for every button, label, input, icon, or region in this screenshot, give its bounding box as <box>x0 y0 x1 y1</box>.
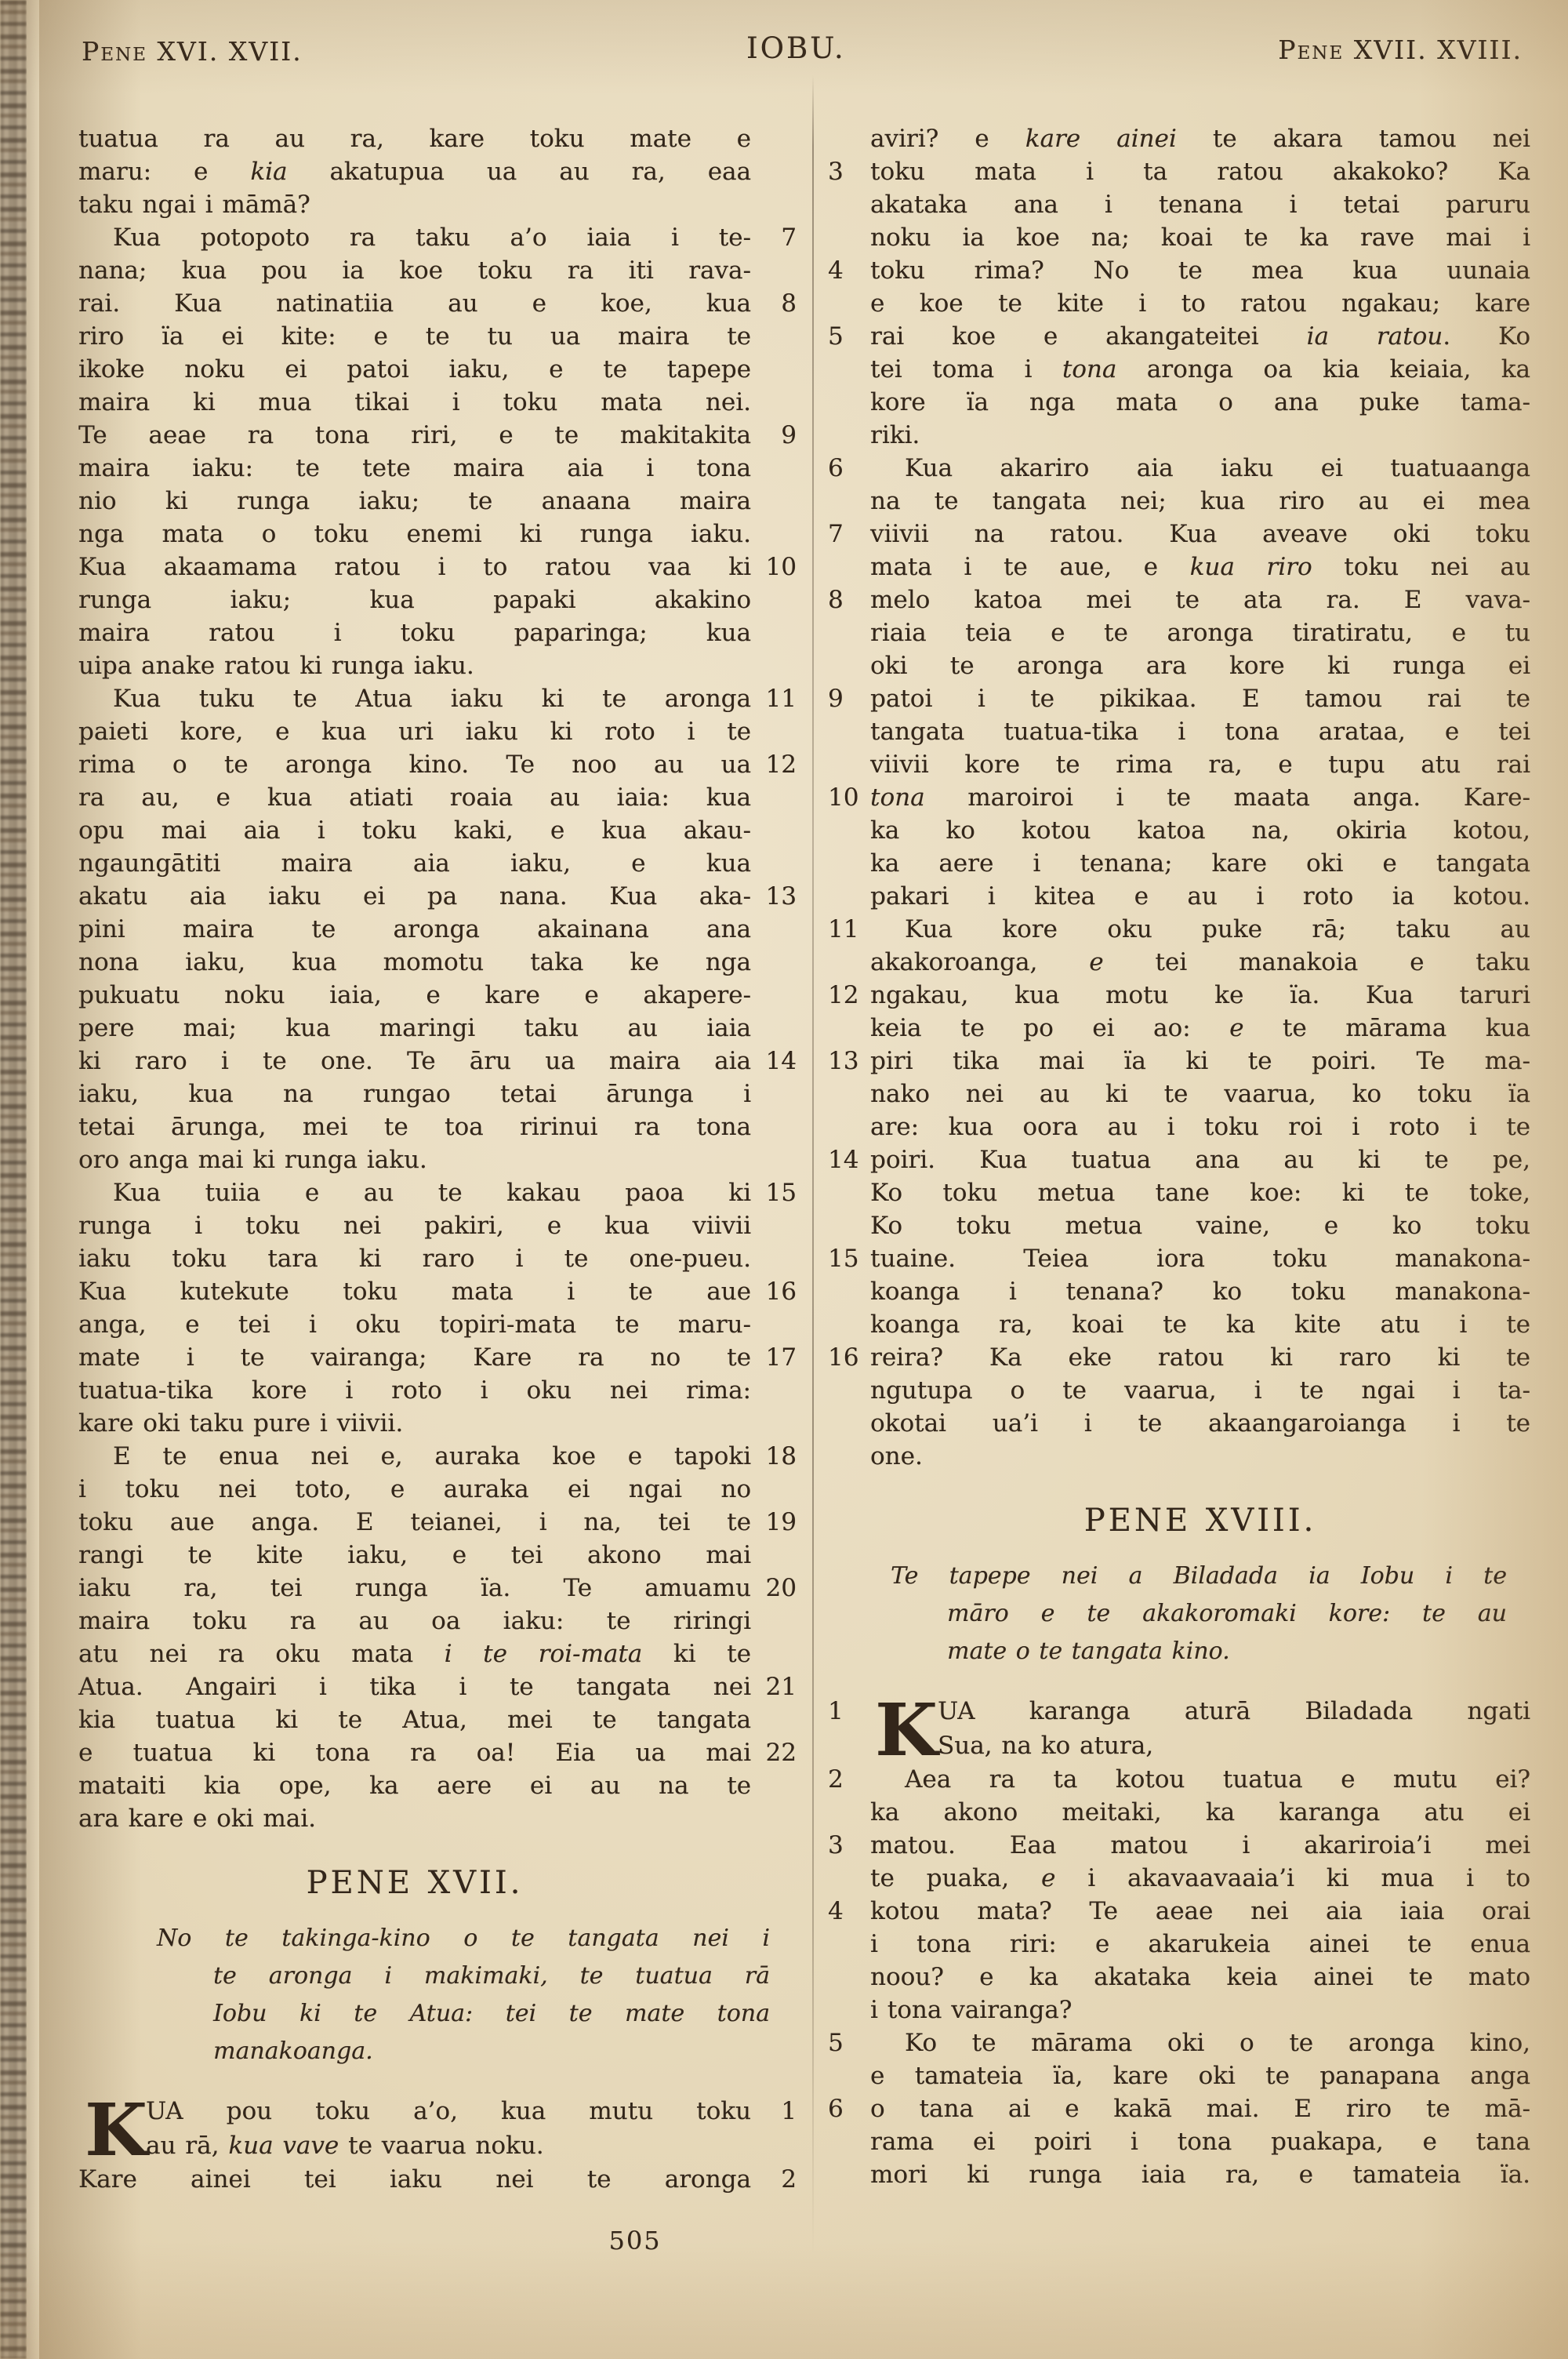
verse-number <box>825 1012 870 1045</box>
verse-text: toku aue anga. E teianei, i na, tei te <box>78 1506 751 1539</box>
text-line: 12ngakau, kua motu ke ïa. Kua taruri <box>825 979 1530 1012</box>
verse-text: Ko te mārama oki o te aronga kino, <box>870 2026 1530 2059</box>
text-line: maira toku ra au oa iaku: te riringi <box>78 1605 797 1637</box>
verse-text: na te tangata nei; kua riro au ei mea <box>870 485 1530 518</box>
verse-text: nona iaku, kua momotu taka ke nga <box>78 946 751 979</box>
verse-text: Kua potopoto ra taku a’o iaia i te- <box>78 221 751 254</box>
verse-text: Ko toku metua vaine, e ko toku <box>870 1209 1530 1242</box>
text-line: 3matou. Eaa matou i akariroia’i mei <box>825 1829 1530 1862</box>
text-line: tetai ārunga, mei te toa ririnui ra tona <box>78 1110 797 1143</box>
verse-text: oro anga mai ki runga iaku. <box>78 1143 751 1176</box>
text-line: mata i te aue, e kua riro toku nei au <box>825 551 1530 583</box>
book-spine <box>0 0 27 2359</box>
verse-text: o tana ai e kakā mai. E riro te mā- <box>870 2092 1530 2125</box>
verse-number: 2 <box>751 2163 797 2196</box>
verse-text: tei toma i tona aronga oa kia keiaia, ka <box>870 353 1530 386</box>
verse-number <box>751 1802 797 1835</box>
verse-number: 8 <box>825 583 870 616</box>
verse-text: mori ki runga iaia ra, e tamateia ïa. <box>870 2158 1530 2191</box>
verse-number: 14 <box>751 1045 797 1078</box>
verse-number <box>751 1407 797 1440</box>
verse-number: 10 <box>825 781 870 814</box>
verse-number <box>825 1407 870 1440</box>
text-line: e koe te kite i to ratou ngakau; kare <box>825 287 1530 320</box>
verse-number <box>825 419 870 452</box>
text-line: nio ki runga iaku; te anaana maira <box>78 485 797 518</box>
verse-number <box>751 1605 797 1637</box>
text-line: au rā, kua vave te vaarua noku. <box>78 2128 797 2163</box>
summary-line: te aronga i makimaki, te tuatua rā <box>157 1957 770 1995</box>
text-line: aviri? e kare ainei te akara tamou nei <box>825 122 1530 155</box>
text-line: i tona riri: e akarukeia ainei te enua <box>825 1928 1530 1961</box>
verse-number <box>751 616 797 649</box>
text-line: 5rai koe e akangateitei ia ratou. Ko <box>825 320 1530 353</box>
verse-text: ngutupa o te vaarua, i te ngai i ta- <box>870 1374 1530 1407</box>
text-line: 21Atua. Angairi i tika i te tangata nei <box>78 1670 797 1703</box>
verse-number: 3 <box>825 1829 870 1862</box>
verse-number <box>825 880 870 913</box>
verse-text: Kare ainei tei iaku nei te aronga <box>78 2163 751 2196</box>
text-line: rangi te kite iaku, e tei akono mai <box>78 1539 797 1572</box>
page-edge <box>27 0 39 2359</box>
verse-number: 11 <box>751 682 797 715</box>
text-line: e tamateia ïa, kare oki te panapana anga <box>825 2059 1530 2092</box>
verse-text: tuatua-tika kore i roto i oku nei rima: <box>78 1374 751 1407</box>
text-line: 19toku aue anga. E teianei, i na, tei te <box>78 1506 797 1539</box>
text-line: noou? e ka akataka keia ainei te mato <box>825 1961 1530 1994</box>
verse-text: taku ngai i māmā? <box>78 188 751 221</box>
verse-text: i tona vairanga? <box>870 1994 1530 2026</box>
text-line: 7viivii na ratou. Kua aveave oki toku <box>825 518 1530 551</box>
verse-text: tetai ārunga, mei te toa ririnui ra tona <box>78 1110 751 1143</box>
verse-number <box>825 649 870 682</box>
text-line: runga i toku nei pakiri, e kua viivii <box>78 1209 797 1242</box>
verse-number: 20 <box>751 1572 797 1605</box>
verse-text: piri tika mai ïa ki te poiri. Te ma- <box>870 1045 1530 1078</box>
verse-number: 7 <box>825 518 870 551</box>
verse-number <box>825 814 870 847</box>
text-line: runga iaku; kua papaki akakino <box>78 583 797 616</box>
verse-number: 12 <box>825 979 870 1012</box>
verse-number <box>751 254 797 287</box>
verse-text: e tuatua ki tona ra oa! Eia ua mai <box>78 1736 751 1769</box>
text-line: one. <box>825 1440 1530 1473</box>
verse-text: aviri? e kare ainei te akara tamou nei <box>870 122 1530 155</box>
verse-text: nio ki runga iaku; te anaana maira <box>78 485 751 518</box>
verse-number <box>751 913 797 946</box>
verse-number <box>825 551 870 583</box>
verse-text: iaku ra, tei runga ïa. Te amuamu <box>78 1572 751 1605</box>
verse-number <box>825 386 870 419</box>
verse-number <box>751 1637 797 1670</box>
verse-text: mata i te aue, e kua riro toku nei au <box>870 551 1530 583</box>
verse-number <box>825 353 870 386</box>
verse-number <box>751 485 797 518</box>
verse-text: noou? e ka akataka keia ainei te mato <box>870 1961 1530 1994</box>
running-head-title: IOBU. <box>746 31 846 65</box>
verse-text: au rā, kua vave te vaarua noku. <box>78 2128 751 2163</box>
verse-text: kare oki taku pure i viivii. <box>78 1407 751 1440</box>
text-line: paieti kore, e kua uri iaku ki roto i te <box>78 715 797 748</box>
verse-number <box>751 1473 797 1506</box>
verse-text: i tona riri: e akarukeia ainei te enua <box>870 1928 1530 1961</box>
scanned-book-page: { "header": { "left": "Pene XVI. XVII.",… <box>0 0 1568 2359</box>
verse-text: maira ki mua tikai i toku mata nei. <box>78 386 751 419</box>
verse-number <box>825 485 870 518</box>
verse-text: melo katoa mei te ata ra. E vava- <box>870 583 1530 616</box>
text-line: okotai ua’i i te akaangaroianga i te <box>825 1407 1530 1440</box>
text-line: uipa anake ratou ki runga iaku. <box>78 649 797 682</box>
text-line: nga mata o toku enemi ki runga iaku. <box>78 518 797 551</box>
verse-number: 15 <box>825 1242 870 1275</box>
verse-text: e koe te kite i to ratou ngakau; kare <box>870 287 1530 320</box>
text-line: 4kotou mata? Te aeae nei aia iaia orai <box>825 1895 1530 1928</box>
text-line: 13akatu aia iaku ei pa nana. Kua aka- <box>78 880 797 913</box>
verse-text: keia te po ei ao: e te mārama kua <box>870 1012 1530 1045</box>
text-line: mori ki runga iaia ra, e tamateia ïa. <box>825 2158 1530 2191</box>
drop-cap: K <box>85 2097 147 2163</box>
verse-text: patoi i te pikikaa. E tamou rai te <box>870 682 1530 715</box>
text-line: 6o tana ai e kakā mai. E riro te mā- <box>825 2092 1530 2125</box>
text-line: are: kua oora au i toku roi i roto i te <box>825 1110 1530 1143</box>
verse-number <box>825 1176 870 1209</box>
verse-number <box>825 946 870 979</box>
verse-text: pakari i kitea e au i roto ia kotou. <box>870 880 1530 913</box>
drop-cap: K <box>875 1697 938 1763</box>
verse-number <box>751 1143 797 1176</box>
verse-text: Atua. Angairi i tika i te tangata nei <box>78 1670 751 1703</box>
verse-text: tuatua ra au ra, kare toku mate e <box>78 122 751 155</box>
text-line: ngaungātiti maira aia iaku, e kua <box>78 847 797 880</box>
text-line: i tona vairanga? <box>825 1994 1530 2026</box>
verse-number: 12 <box>751 748 797 781</box>
verse-text: rai. Kua natinatiia au e koe, kua <box>78 287 751 320</box>
verse-text: riro ïa ei kite: e te tu ua maira te <box>78 320 751 353</box>
text-line: te puaka, e i akavaavaaia’i ki mua i to <box>825 1862 1530 1895</box>
verse-number <box>751 353 797 386</box>
verse-text: kore ïa nga mata o ana puke tama- <box>870 386 1530 419</box>
verse-number <box>751 1209 797 1242</box>
verse-number <box>825 188 870 221</box>
verse-text: ngaungātiti maira aia iaku, e kua <box>78 847 751 880</box>
text-line: tuatua ra au ra, kare toku mate e <box>78 122 797 155</box>
verse-text: toku rima? No te mea kua uunaia <box>870 254 1530 287</box>
verse-text: ngakau, kua motu ke ïa. Kua taruri <box>870 979 1530 1012</box>
verse-text: okotai ua’i i te akaangaroianga i te <box>870 1407 1530 1440</box>
verse-text: runga i toku nei pakiri, e kua viivii <box>78 1209 751 1242</box>
verse-text: Kua tuku te Atua iaku ki te aronga <box>78 682 751 715</box>
verse-number <box>751 1769 797 1802</box>
text-line: nana; kua pou ia koe toku ra iti rava- <box>78 254 797 287</box>
text-line: Ko toku metua tane koe: ki te toke, <box>825 1176 1530 1209</box>
text-line: riki. <box>825 419 1530 452</box>
text-line: 9patoi i te pikikaa. E tamou rai te <box>825 682 1530 715</box>
text-line: tuatua-tika kore i roto i oku nei rima: <box>78 1374 797 1407</box>
verse-text: tuaine. Teiea iora toku manakona- <box>870 1242 1530 1275</box>
text-line: 16Kua kutekute toku mata i te aue <box>78 1275 797 1308</box>
verse-number: 13 <box>751 880 797 913</box>
verse-number: 9 <box>751 419 797 452</box>
verse-number <box>825 2158 870 2191</box>
text-line: 8rai. Kua natinatiia au e koe, kua <box>78 287 797 320</box>
text-line: ka aere i tenana; kare oki e tangata <box>825 847 1530 880</box>
verse-text: nako nei au ki te vaarua, ko toku ïa <box>870 1078 1530 1110</box>
verse-number: 7 <box>751 221 797 254</box>
text-line: 17mate i te vairanga; Kare ra no te <box>78 1341 797 1374</box>
text-line: ikoke noku ei patoi iaku, e te tapepe <box>78 353 797 386</box>
column-right: aviri? e kare ainei te akara tamou nei3t… <box>825 122 1530 2191</box>
verse-text: ka akono meitaki, ka karanga atu ei <box>870 1796 1530 1829</box>
text-line: 2Kare ainei tei iaku nei te aronga <box>78 2163 797 2196</box>
text-line: koanga ra, koai te ka kite atu i te <box>825 1308 1530 1341</box>
text-line: kare oki taku pure i viivii. <box>78 1407 797 1440</box>
verse-text: Kua tuiia e au te kakau paoa ki <box>78 1176 751 1209</box>
text-line: 22e tuatua ki tona ra oa! Eia ua mai <box>78 1736 797 1769</box>
verse-text: akatu aia iaku ei pa nana. Kua aka- <box>78 880 751 913</box>
text-line: 14ki raro i te one. Te āru ua maira aia <box>78 1045 797 1078</box>
verse-number <box>751 1539 797 1572</box>
verse-text: te puaka, e i akavaavaaia’i ki mua i to <box>870 1862 1530 1895</box>
verse-number <box>751 1110 797 1143</box>
verse-text: kotou mata? Te aeae nei aia iaia orai <box>870 1895 1530 1928</box>
text-line: keia te po ei ao: e te mārama kua <box>825 1012 1530 1045</box>
verse-number <box>751 2128 797 2163</box>
text-line: rama ei poiri i tona puakapa, e tana <box>825 2125 1530 2158</box>
verse-text: ki raro i te one. Te āru ua maira aia <box>78 1045 751 1078</box>
text-line: pini maira te aronga akainana ana <box>78 913 797 946</box>
text-line: 1UA pou toku a’o, kua mutu toku <box>78 2094 797 2128</box>
verse-text: iaku toku tara ki raro i te one-pueu. <box>78 1242 751 1275</box>
verse-number: 9 <box>825 682 870 715</box>
text-line: mataiti kia ope, ka aere ei au na te <box>78 1769 797 1802</box>
verse-text: iaku, kua na rungao tetai ārunga i <box>78 1078 751 1110</box>
verse-text: riaia teia e te aronga tiratiratu, e tu <box>870 616 1530 649</box>
verse-number <box>751 1374 797 1407</box>
verse-text: oki te aronga ara kore ki runga ei <box>870 649 1530 682</box>
verse-text: ka aere i tenana; kare oki e tangata <box>870 847 1530 880</box>
verse-number <box>751 814 797 847</box>
text-line: maira iaku: te tete maira aia i tona <box>78 452 797 485</box>
verse-number: 17 <box>751 1341 797 1374</box>
verse-text: paieti kore, e kua uri iaku ki roto i te <box>78 715 751 748</box>
verse-number: 3 <box>825 155 870 188</box>
verse-text: one. <box>870 1440 1530 1473</box>
drop-cap-verse: K1UA pou toku a’o, kua mutu tokuau rā, k… <box>78 2094 797 2163</box>
text-line: 3toku mata i ta ratou akakoko? Ka <box>825 155 1530 188</box>
text-line: 8melo katoa mei te ata ra. E vava- <box>825 583 1530 616</box>
verse-number <box>751 649 797 682</box>
verse-number <box>825 1209 870 1242</box>
verse-number: 10 <box>751 551 797 583</box>
verse-number: 21 <box>751 1670 797 1703</box>
text-line: 11Kua tuku te Atua iaku ki te aronga <box>78 682 797 715</box>
verse-text: mataiti kia ope, ka aere ei au na te <box>78 1769 751 1802</box>
verse-number <box>825 287 870 320</box>
verse-text: e tamateia ïa, kare oki te panapana anga <box>870 2059 1530 2092</box>
verse-text: Kua akaamama ratou i to ratou vaa ki <box>78 551 751 583</box>
verse-text: nga mata o toku enemi ki runga iaku. <box>78 518 751 551</box>
verse-text: maira iaku: te tete maira aia i tona <box>78 452 751 485</box>
text-line: maru: e kia akatupua ua au ra, eaa <box>78 155 797 188</box>
verse-number: 4 <box>825 254 870 287</box>
summary-line: māro e te akakoromaki kore: te au <box>891 1595 1507 1633</box>
verse-number <box>825 1110 870 1143</box>
verse-text: riki. <box>870 419 1530 452</box>
verse-text: mate i te vairanga; Kare ra no te <box>78 1341 751 1374</box>
verse-number: 16 <box>825 1341 870 1374</box>
verse-number <box>825 221 870 254</box>
text-line: akataka ana i tenana i tetai paruru <box>825 188 1530 221</box>
text-line: 5Ko te mārama oki o te aronga kino, <box>825 2026 1530 2059</box>
verse-number: 6 <box>825 452 870 485</box>
verse-number: 6 <box>825 2092 870 2125</box>
verse-number <box>825 1928 870 1961</box>
verse-text: atu nei ra oku mata i te roi-mata ki te <box>78 1637 751 1670</box>
text-line: ra au, e kua atiati roaia au iaia: kua <box>78 781 797 814</box>
verse-text: viivii kore te rima ra, e tupu atu rai <box>870 748 1530 781</box>
verse-text: noku ia koe na; koai te ka rave mai i <box>870 221 1530 254</box>
verse-number <box>751 946 797 979</box>
chapter-summary: Te tapepe nei a Biladada ia Iobu i temār… <box>891 1558 1507 1670</box>
page-number: 505 <box>549 2226 721 2255</box>
verse-text: koanga ra, koai te ka kite atu i te <box>870 1308 1530 1341</box>
verse-text: maira ratou i toku paparinga; kua <box>78 616 751 649</box>
running-head-left: Pene XVI. XVII. <box>82 36 303 67</box>
verse-number: 11 <box>825 913 870 946</box>
verse-number <box>825 1078 870 1110</box>
verse-number <box>751 1078 797 1110</box>
verse-text: rangi te kite iaku, e tei akono mai <box>78 1539 751 1572</box>
text-line: koanga i tenana? ko toku manakona- <box>825 1275 1530 1308</box>
text-line: riaia teia e te aronga tiratiratu, e tu <box>825 616 1530 649</box>
verse-number: 2 <box>825 1763 870 1796</box>
text-line: ka akono meitaki, ka karanga atu ei <box>825 1796 1530 1829</box>
verse-number <box>751 386 797 419</box>
text-line: ara kare e oki mai. <box>78 1802 797 1835</box>
verse-number <box>751 155 797 188</box>
column-divider <box>812 75 814 2255</box>
verse-number <box>751 1308 797 1341</box>
verse-number: 13 <box>825 1045 870 1078</box>
verse-number <box>825 1275 870 1308</box>
verse-text: ikoke noku ei patoi iaku, e te tapepe <box>78 353 751 386</box>
verse-number <box>751 1012 797 1045</box>
verse-text: uipa anake ratou ki runga iaku. <box>78 649 751 682</box>
column-left: tuatua ra au ra, kare toku mate emaru: e… <box>78 122 797 2196</box>
verse-text: pere mai; kua maringi taku au iaia <box>78 1012 751 1045</box>
verse-text: Te aeae ra tona riri, e te makitakita <box>78 419 751 452</box>
verse-number <box>825 748 870 781</box>
text-line: 7Kua potopoto ra taku a’o iaia i te- <box>78 221 797 254</box>
verse-number <box>825 1308 870 1341</box>
text-line: taku ngai i māmā? <box>78 188 797 221</box>
running-head-right: Pene XVII. XVIII. <box>1278 35 1523 65</box>
verse-number <box>751 518 797 551</box>
verse-text: nana; kua pou ia koe toku ra iti rava- <box>78 254 751 287</box>
verse-number <box>751 715 797 748</box>
verse-number <box>751 188 797 221</box>
verse-number: 1 <box>825 1694 870 1728</box>
verse-number <box>825 1796 870 1829</box>
drop-cap-verse: K1UA karanga aturā Biladada ngatiSua, na… <box>825 1694 1530 1763</box>
verse-number <box>751 1242 797 1275</box>
verse-number <box>751 320 797 353</box>
summary-line: No te takinga-kino o te tangata nei i <box>157 1920 770 1957</box>
verse-text: ra au, e kua atiati roaia au iaia: kua <box>78 781 751 814</box>
text-line: maira ki mua tikai i toku mata nei. <box>78 386 797 419</box>
verse-text: Kua kutekute toku mata i te aue <box>78 1275 751 1308</box>
verse-text: tangata tuatua-tika i tona arataa, e tei <box>870 715 1530 748</box>
text-line: i toku nei toto, e auraka ei ngai no <box>78 1473 797 1506</box>
verse-number <box>825 616 870 649</box>
verse-text: Kua kore oku puke rā; taku au <box>870 913 1530 946</box>
verse-number: 1 <box>751 2094 797 2128</box>
verse-text: kia tuatua ki te Atua, mei te tangata <box>78 1703 751 1736</box>
chapter-heading: PENE XVIII. <box>870 1504 1530 1537</box>
verse-text: koanga i tenana? ko toku manakona- <box>870 1275 1530 1308</box>
verse-text: pini maira te aronga akainana ana <box>78 913 751 946</box>
verse-text: Kua akariro aia iaku ei tuatuaanga <box>870 452 1530 485</box>
verse-text: akataka ana i tenana i tetai paruru <box>870 188 1530 221</box>
verse-number: 5 <box>825 320 870 353</box>
text-line: 9Te aeae ra tona riri, e te makitakita <box>78 419 797 452</box>
verse-number: 16 <box>751 1275 797 1308</box>
summary-line: Iobu ki te Atua: tei te mate tona <box>157 1995 770 2033</box>
verse-number <box>825 2059 870 2092</box>
verse-text: opu mai aia i toku kaki, e kua akau- <box>78 814 751 847</box>
verse-text: anga, e tei i oku topiri-mata te maru- <box>78 1308 751 1341</box>
verse-text: rima o te aronga kino. Te noo au ua <box>78 748 751 781</box>
verse-number: 8 <box>751 287 797 320</box>
verse-number: 5 <box>825 2026 870 2059</box>
text-line: 4toku rima? No te mea kua uunaia <box>825 254 1530 287</box>
text-line: 13piri tika mai ïa ki te poiri. Te ma- <box>825 1045 1530 1078</box>
verse-number <box>825 1728 870 1763</box>
text-line: na te tangata nei; kua riro au ei mea <box>825 485 1530 518</box>
verse-number: 19 <box>751 1506 797 1539</box>
verse-number <box>825 715 870 748</box>
text-line: ka ko kotou katoa na, okiria kotou, <box>825 814 1530 847</box>
verse-number: 18 <box>751 1440 797 1473</box>
text-line: 12rima o te aronga kino. Te noo au ua <box>78 748 797 781</box>
verse-text: matou. Eaa matou i akariroia’i mei <box>870 1829 1530 1862</box>
text-line: 18E te enua nei e, auraka koe e tapoki <box>78 1440 797 1473</box>
text-line: 10tona maroiroi i te maata anga. Kare- <box>825 781 1530 814</box>
verse-text: Aea ra ta kotou tuatua e mutu ei? <box>870 1763 1530 1796</box>
verse-text: pukuatu noku iaia, e kare e akapere- <box>78 979 751 1012</box>
text-line: oki te aronga ara kore ki runga ei <box>825 649 1530 682</box>
text-line: ngutupa o te vaarua, i te ngai i ta- <box>825 1374 1530 1407</box>
text-line: 20iaku ra, tei runga ïa. Te amuamu <box>78 1572 797 1605</box>
text-line: kore ïa nga mata o ana puke tama- <box>825 386 1530 419</box>
verse-text: Sua, na ko atura, <box>870 1728 1530 1763</box>
verse-text: i toku nei toto, e auraka ei ngai no <box>78 1473 751 1506</box>
summary-line: Te tapepe nei a Biladada ia Iobu i te <box>891 1558 1507 1595</box>
text-line: pere mai; kua maringi taku au iaia <box>78 1012 797 1045</box>
verse-text: rai koe e akangateitei ia ratou. Ko <box>870 320 1530 353</box>
verse-text: toku mata i ta ratou akakoko? Ka <box>870 155 1530 188</box>
verse-text: ara kare e oki mai. <box>78 1802 751 1835</box>
text-line: iaku toku tara ki raro i te one-pueu. <box>78 1242 797 1275</box>
verse-number: 15 <box>751 1176 797 1209</box>
text-line: tangata tuatua-tika i tona arataa, e tei <box>825 715 1530 748</box>
text-line: noku ia koe na; koai te ka rave mai i <box>825 221 1530 254</box>
verse-number <box>825 2125 870 2158</box>
verse-number <box>751 979 797 1012</box>
text-line: akakoroanga, e tei manakoia e taku <box>825 946 1530 979</box>
verse-text: ka ko kotou katoa na, okiria kotou, <box>870 814 1530 847</box>
chapter-summary: No te takinga-kino o te tangata nei ite … <box>157 1920 770 2070</box>
